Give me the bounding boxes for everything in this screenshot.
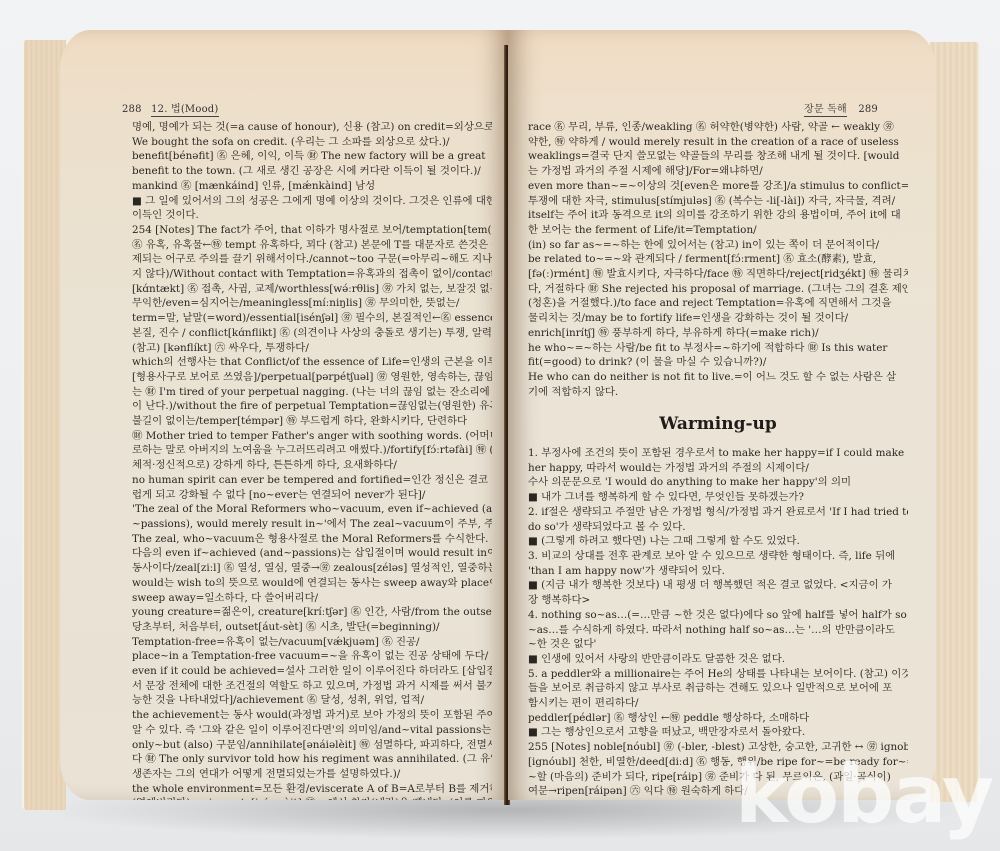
text-line: 생존자는 그의 연대가 어떻게 전멸되었는가를 설명하였다.)/ (132, 767, 492, 782)
text-line: even if it could be achieved=설사 그러한 일이 이… (132, 664, 492, 679)
text-line: even more than~=~이상의 것[even은 more를 강조]/a… (528, 179, 908, 194)
text-line: The zeal, who~vacuum은 형용사절로 the Moral Re… (132, 532, 492, 547)
text-line: race ㊔ 무리, 부류, 인종/weakling ㊔ 허약한(병약한) 사람… (528, 120, 908, 135)
text-line: ㊔ 유혹, 유혹물←㊕ tempt 유혹하다, 꾀다 (참고) 본문에 T를 대… (132, 238, 492, 253)
text-line: ~passions), would merely result in~'에서 T… (132, 517, 492, 532)
text-line: weaklings=결국 단지 쓸모없는 약골들의 무리를 창조해 내게 될 것… (528, 149, 908, 164)
text-line: 2. if절은 생략되고 주절만 남은 가정법 형식/가정법 과거 완료로서 '… (528, 505, 908, 520)
text-line: ■ 인생에 있어서 사랑의 반만큼이라도 달콤한 것은 없다. (528, 652, 908, 667)
text-line: 불길이 없이는/temper[témpər] ㊕ 부드럽게 하다, 완화시키다,… (132, 414, 492, 429)
text-line: ■ 내가 그녀를 행복하게 할 수 있다면, 무엇인들 못하겠는가? (528, 490, 908, 505)
text-line: 이 난다.)/without the fire of perpetual Tem… (132, 399, 492, 414)
text-line: 제되는 어구로 주의를 끌기 위해서이다./cannot~too 구문(=아무리… (132, 252, 492, 267)
text-line: 동사이다/zeal[ziːl] ㊔ 열성, 열심, 열중→㊘ zealous[z… (132, 561, 492, 576)
text-line: 함시키는 편이 편리하다/ (528, 696, 908, 711)
text-line: 이득인 것이다. (132, 208, 492, 223)
text-line: (없애버리다), eviscerate[ivísərèit] ㊕ ~에서 창자(… (132, 796, 492, 800)
text-line: 로하는 말로 아버지의 노여움을 누그러뜨리려고 애썼다.)/fortify[f… (132, 443, 492, 458)
text-line: itself는 주어 it과 동격으로 it의 의미를 강조하기 위한 강의 용… (528, 208, 908, 223)
right-page-body: race ㊔ 무리, 부류, 인종/weakling ㊔ 허약한(병약한) 사람… (528, 100, 908, 800)
text-line: be related to~=~와 관계되다 / ferment[fɔ́ːrme… (528, 252, 908, 267)
text-line: enrich[inrítʃ] ㊕ 풍부하게 하다, 부유하게 하다(=make … (528, 326, 908, 341)
text-line: 3. 비교의 상대를 전후 관계로 보아 알 수 있으므로 생략한 형태이다. … (528, 549, 908, 564)
text-line: 서 문장 전체에 대한 조건절의 역할도 하고 있으며, 가정법 과거 시제를 … (132, 679, 492, 694)
text-line: benefit[bénəfit] ㊔ 은혜, 이익, 이득 ㊖ The new … (132, 149, 492, 164)
text-line: he who~=~하는 사람/be fit to 부정사=~하기에 적합하다 ㊖… (528, 341, 908, 356)
text-line: 'The zeal of the Moral Reformers who~vac… (132, 502, 492, 517)
right-page-lines: race ㊔ 무리, 부류, 인종/weakling ㊔ 허약한(병약한) 사람… (528, 120, 908, 399)
text-line: 명예, 명예가 되는 것(=a cause of honour), 신용 (참고… (132, 120, 492, 135)
text-line: 다음의 even if~achieved (and~passions)는 삽입절… (132, 546, 492, 561)
text-line: only~but (also) 구문임/annihilate[ənáiəlèit… (132, 738, 492, 753)
text-line: 1. 부정사에 조건의 뜻이 포함된 경우로서 to make her happ… (528, 446, 908, 461)
text-line: 능한 것을 나타내었다]/achievement ㊔ 달성, 성취, 위업, 업… (132, 693, 492, 708)
text-line: ~as…를 수식하게 하였다. 따라서 nothing half so~as…는… (528, 623, 908, 638)
text-line: 들을 보어로 취급하지 않고 부사로 취급하는 견해도 있으나 일반적으로 보어… (528, 681, 908, 696)
text-line: 알 수 있다. 즉 '그와 같은 일이 이루어진다면'의 의미임/and~vit… (132, 723, 492, 738)
text-line: 'than I am happy now'가 생략되어 있다. (528, 564, 908, 579)
text-line: fit(=good) to drink? (이 물을 마실 수 있습니까?)/ (528, 355, 908, 370)
text-line: which의 선행사는 that Conflict/of the essence… (132, 355, 492, 370)
text-line: [fə(ː)rmént] ㊕ 발효시키다, 자극하다/face ㊕ 직면하다/r… (528, 267, 908, 282)
text-line: 4. nothing so~as…(=…만큼 ~한 것은 없다)에다 so 앞에… (528, 608, 908, 623)
text-line: Temptation-free=유혹이 없는/vacuum[vǽkjuəm] ㊔… (132, 635, 492, 650)
text-line: [kɑ́ntækt] ㊔ 접촉, 사귐, 교제/worthless[wə́ːrθ… (132, 282, 492, 297)
watermark-logo: kobay (735, 748, 992, 841)
text-line: 수사 의문문으로 'I would do anything to make he… (528, 475, 908, 490)
text-line: 장 행복하다> (528, 593, 908, 608)
text-line: (참고) [kənflíkt] ㊅ 싸우다, 투쟁하다/ (132, 341, 492, 356)
text-line: 체적·정신적으로) 강하게 하다, 튼튼하게 하다, 요새화하다/ (132, 458, 492, 473)
text-line: young creature=젊은이, creature[kríːtʃər] ㊔… (132, 605, 492, 620)
text-line: no human spirit can ever be tempered and… (132, 473, 492, 488)
text-line: 약한, ㊕ 약하게 / would merely result in the c… (528, 135, 908, 150)
right-page: 장문 독해 289 race ㊔ 무리, 부류, 인종/weakling ㊔ 허… (508, 30, 936, 800)
text-line: 당초부터, 처음부터, outset[áut-sèt] ㊔ 시초, 발단(=be… (132, 620, 492, 635)
text-line: mankind ㊔ [mænkáind] 인류, [mǽnkàind] 남성 (132, 179, 492, 194)
text-line: 지 않다)/Without contact with Temptation=유혹… (132, 267, 492, 282)
left-page-body: 명예, 명예가 되는 것(=a cause of honour), 신용 (참고… (132, 100, 492, 800)
text-line: 5. a peddler와 a millionaire는 주어 He의 상태를 … (528, 667, 908, 682)
text-line: sweep away=일소하다, 다 쓸어버리다/ (132, 591, 492, 606)
text-line: her happy, 따라서 would는 가정법 과거의 주절의 시제이다/ (528, 461, 908, 476)
section-heading-warming-up: Warming-up (528, 417, 908, 432)
text-line: do so'가 생략되었다고 볼 수 있다. (528, 520, 908, 535)
text-line: 물리치는 것/may be to fortify life=인생을 강화하는 것… (528, 311, 908, 326)
text-line: the achievement는 동사 would(과정법 과거)로 보아 가정… (132, 708, 492, 723)
text-line: ~한 것은 없다' (528, 637, 908, 652)
text-line: ■ (그렇게 하려고 했다면) 나는 그때 그렇게 할 수도 있었다. (528, 534, 908, 549)
text-line: We bought the sofa on credit. (우리는 그 소파를… (132, 135, 492, 150)
text-line: 럽게 되고 강화될 수 없다 [no~ever는 연결되어 never가 된다]… (132, 488, 492, 503)
text-line: 는 가정법 과거의 주절 시제에 해당]/For=왜냐하면/ (528, 164, 908, 179)
text-line: 한 보어는 the ferment of Life/it=Temptation/ (528, 223, 908, 238)
text-line: He who can do neither is not fit to live… (528, 370, 908, 385)
text-line: would는 wish to의 뜻으로 would에 연결되는 동사는 swee… (132, 576, 492, 591)
text-line: 254 [Notes] The fact가 주어, that 이하가 명사절로 … (132, 223, 492, 238)
text-line: 다 ㊖ The only survivor told how his regim… (132, 752, 492, 767)
text-line: ■ (지금 내가 행복한 것보다) 내 평생 더 행복했던 적은 결코 없었다.… (528, 578, 908, 593)
right-page-edges (930, 42, 980, 802)
left-page: 288 12. 법(Mood) 명예, 명예가 되는 것(=a cause of… (60, 30, 508, 800)
text-line: ㊖ Mother tried to temper Father's anger … (132, 429, 492, 444)
text-line: the whole environment=모든 환경/eviscerate A… (132, 782, 492, 797)
left-page-lines: 명예, 명예가 되는 것(=a cause of honour), 신용 (참고… (132, 120, 492, 800)
text-line: 무익한/even=심지어는/meaningless[míːniŋlis] ㊘ 무… (132, 296, 492, 311)
text-line: ■ 그는 행상인으로서 고향을 떠났고, 백만장자로서 돌아왔다. (528, 725, 908, 740)
text-line: 본질, 진수 / conflict[kɑ́nflikt] ㊔ (의견이나 사상의… (132, 326, 492, 341)
text-line: peddler[pédlər] ㊔ 행상인 ←㊕ peddle 행상하다, 소매… (528, 711, 908, 726)
text-line: benefit to the town. (그 새로 생긴 공장은 시에 커다란… (132, 164, 492, 179)
text-line: place~in a Temptation-free vacuum=~을 유혹이… (132, 649, 492, 664)
text-line: 투쟁에 대한 자극, stimulus[stímjuləs] ㊔ (복수는 -l… (528, 194, 908, 209)
text-line: 다, 거절하다 ㊖ She rejected his proposal of m… (528, 282, 908, 297)
warmup-lines: 1. 부정사에 조건의 뜻이 포함된 경우로서 to make her happ… (528, 446, 908, 800)
text-line: [형용사구로 보어로 쓰였음]/perpetual[pərpétʃuəl] ㊘ … (132, 370, 492, 385)
text-line: 기에 적합하지 않다. (528, 385, 908, 400)
text-line: 는 ㊖ I'm tired of your perpetual nagging.… (132, 385, 492, 400)
text-line: ■ 그 일에 있어서의 그의 성공은 그에게 명예 이상의 것이다. 그것은 인… (132, 194, 492, 209)
text-line: (in) so far as~=~하는 한에 있어서는 (참고) in이 있는 … (528, 238, 908, 253)
text-line: (청혼)을 거절했다.)/to face and reject Temptati… (528, 296, 908, 311)
text-line: term=말, 낱말(=word)/essential[isénʃəl] ㊘ 필… (132, 311, 492, 326)
